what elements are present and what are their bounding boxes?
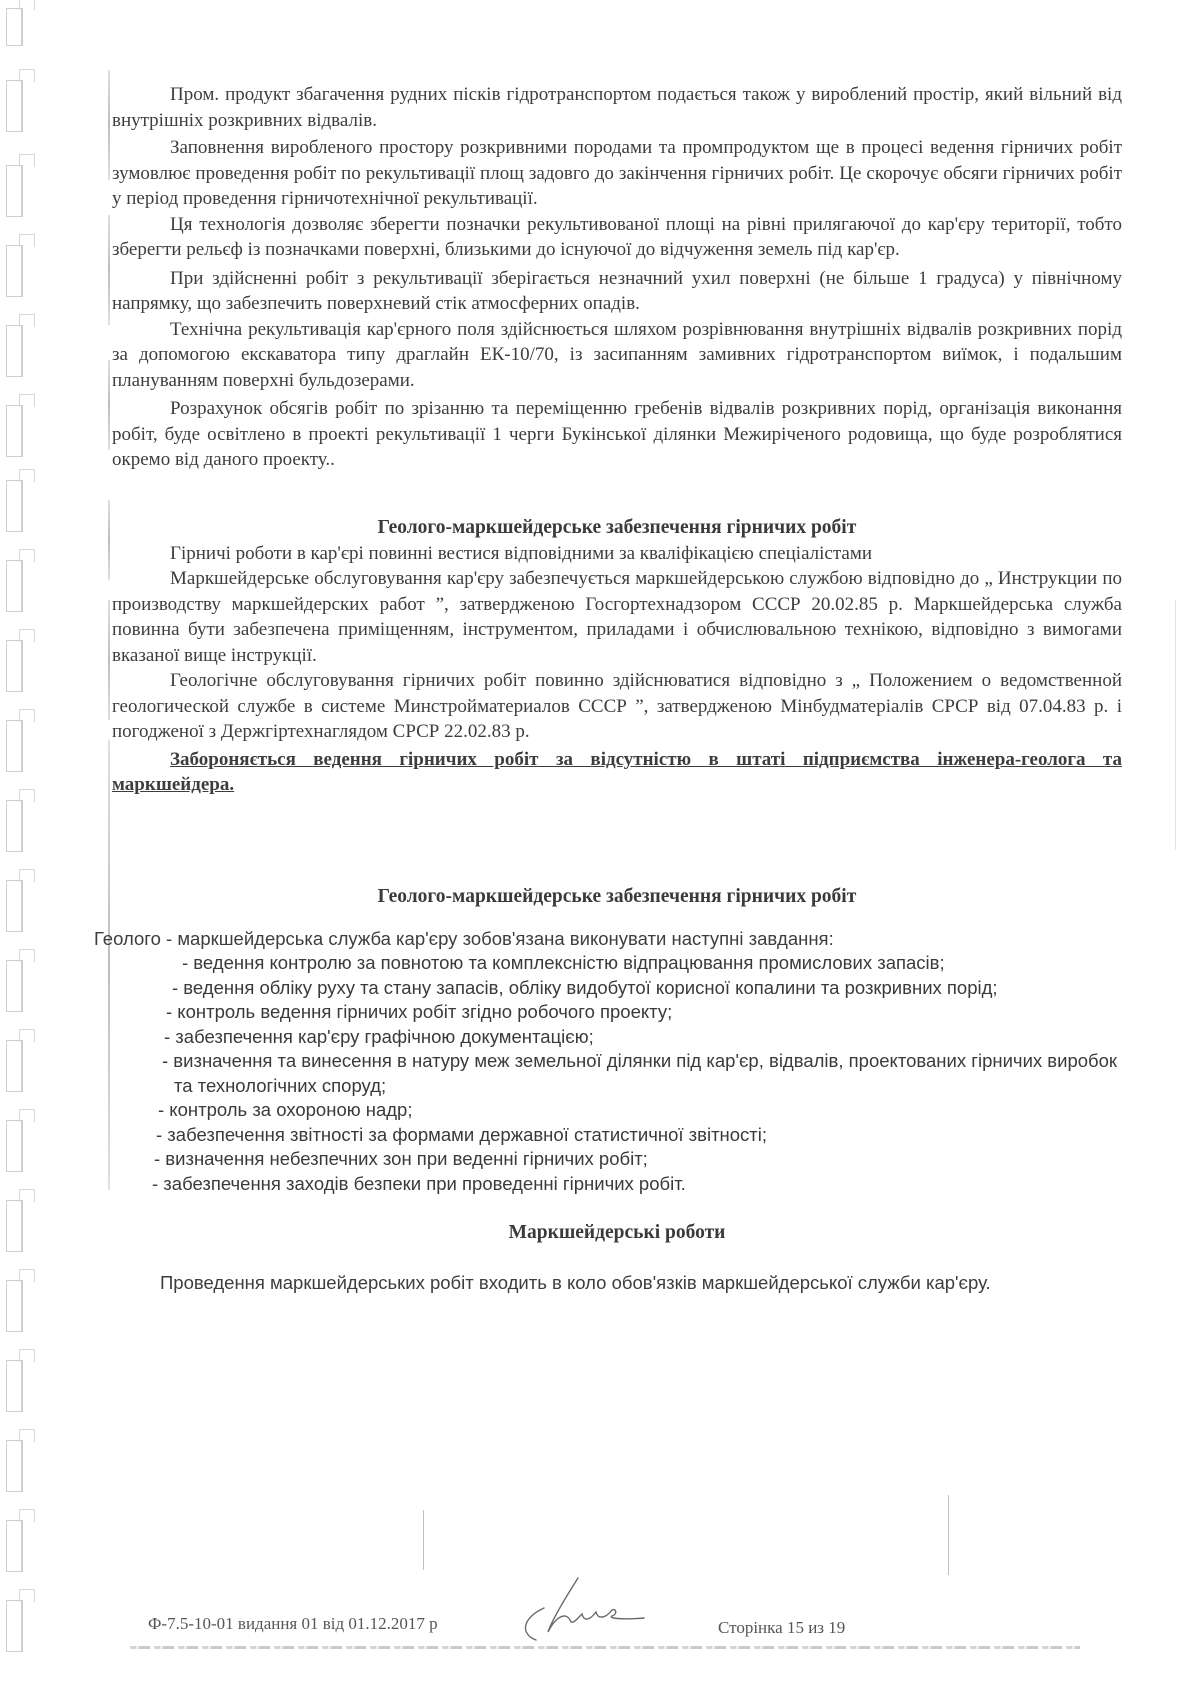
scan-artifact-line — [130, 1646, 1080, 1649]
binding-mark — [6, 1600, 23, 1652]
page-footer: Ф-7.5-10-01 видання 01 від 01.12.2017 р … — [140, 1604, 1040, 1644]
binding-mark — [6, 1120, 23, 1172]
binding-mark — [6, 405, 23, 457]
scan-edge-line — [108, 500, 110, 580]
list-item: - визначення небезпечних зон при веденні… — [112, 1147, 1122, 1172]
list-item: - ведення контролю за повнотою та компле… — [112, 951, 1122, 976]
binding-mark — [6, 1280, 23, 1332]
binding-mark — [6, 245, 23, 297]
section-geology-survey-2: Геолого-маркшейдерське забезпечення гірн… — [112, 886, 1122, 1197]
binding-mark — [6, 80, 23, 132]
binding-mark — [6, 800, 23, 852]
section-geology-survey-1: Геолого-маркшейдерське забезпечення гірн… — [112, 517, 1122, 798]
scan-edge-line — [108, 215, 110, 325]
paragraph: Геолого - маркшейдерська служба кар'єру … — [94, 926, 1122, 952]
list-item: - контроль за охороною надр; — [112, 1098, 1122, 1123]
scan-edge-line — [108, 70, 110, 180]
list-item: - забезпечення звітності за формами держ… — [112, 1123, 1122, 1148]
list-item: - визначення та винесення в натуру меж з… — [112, 1049, 1122, 1098]
paragraph: Геологічне обслуговування гірничих робіт… — [112, 668, 1122, 745]
binding-mark — [6, 960, 23, 1012]
signature-icon — [508, 1574, 648, 1644]
prohibition-notice: Забороняється ведення гірничих робіт за … — [112, 747, 1122, 798]
binding-edge — [0, 0, 50, 1683]
paragraph: Заповнення виробленого простору розкривн… — [112, 135, 1122, 212]
intro-section: Пром. продукт збагачення рудних пісків г… — [112, 82, 1122, 473]
list-item: - забезпечення заходів безпеки при прове… — [112, 1172, 1122, 1197]
binding-mark — [6, 1520, 23, 1572]
scan-artifact-line — [1175, 600, 1176, 850]
binding-mark — [6, 1040, 23, 1092]
paragraph: Гірничі роботи в кар'єрі повинні вестися… — [112, 541, 1122, 567]
binding-mark — [6, 1360, 23, 1412]
paragraph: Ця технологія дозволяє зберегти позначки… — [112, 212, 1122, 263]
binding-mark — [6, 720, 23, 772]
section-title: Геолого-маркшейдерське забезпечення гірн… — [112, 517, 1122, 539]
scan-edge-line — [108, 740, 110, 1190]
scan-edge-line — [108, 360, 110, 450]
paragraph: При здійсненні робіт з рекультивації збе… — [112, 266, 1122, 317]
list-item: - ведення обліку руху та стану запасів, … — [112, 976, 1122, 1001]
list-item: - забезпечення кар'єру графічною докумен… — [112, 1025, 1122, 1050]
section-title: Маркшейдерські роботи — [112, 1222, 1122, 1244]
form-code: Ф-7.5-10-01 видання 01 від 01.12.2017 р — [148, 1614, 438, 1634]
binding-mark — [6, 880, 23, 932]
binding-mark — [6, 1200, 23, 1252]
binding-mark — [6, 480, 23, 532]
page-number: Сторінка 15 из 19 — [718, 1618, 845, 1638]
section-title: Геолого-маркшейдерське забезпечення гірн… — [112, 886, 1122, 908]
paragraph: Розрахунок обсягів робіт по зрізанню та … — [112, 396, 1122, 473]
paragraph: Проведення маркшейдерських робіт входить… — [102, 1270, 1122, 1296]
binding-mark — [6, 165, 23, 217]
scan-artifact-line — [423, 1510, 424, 1570]
paragraph: Пром. продукт збагачення рудних пісків г… — [112, 82, 1122, 133]
section-survey-works: Маркшейдерські роботи Проведення маркшей… — [112, 1222, 1122, 1296]
binding-mark — [6, 640, 23, 692]
list-item: - контроль ведення гірничих робіт згідно… — [112, 1000, 1122, 1025]
scan-edge-line — [108, 600, 110, 720]
paragraph: Технічна рекультивація кар'єрного поля з… — [112, 317, 1122, 394]
binding-mark — [6, 1440, 23, 1492]
binding-mark — [6, 8, 23, 46]
binding-mark — [6, 325, 23, 377]
paragraph: Маркшейдерське обслуговування кар'єру за… — [112, 566, 1122, 668]
binding-mark — [6, 560, 23, 612]
tasks-list: - ведення контролю за повнотою та компле… — [112, 951, 1122, 1196]
document-page: Пром. продукт збагачення рудних пісків г… — [112, 82, 1122, 1296]
scan-artifact-line — [948, 1495, 949, 1575]
